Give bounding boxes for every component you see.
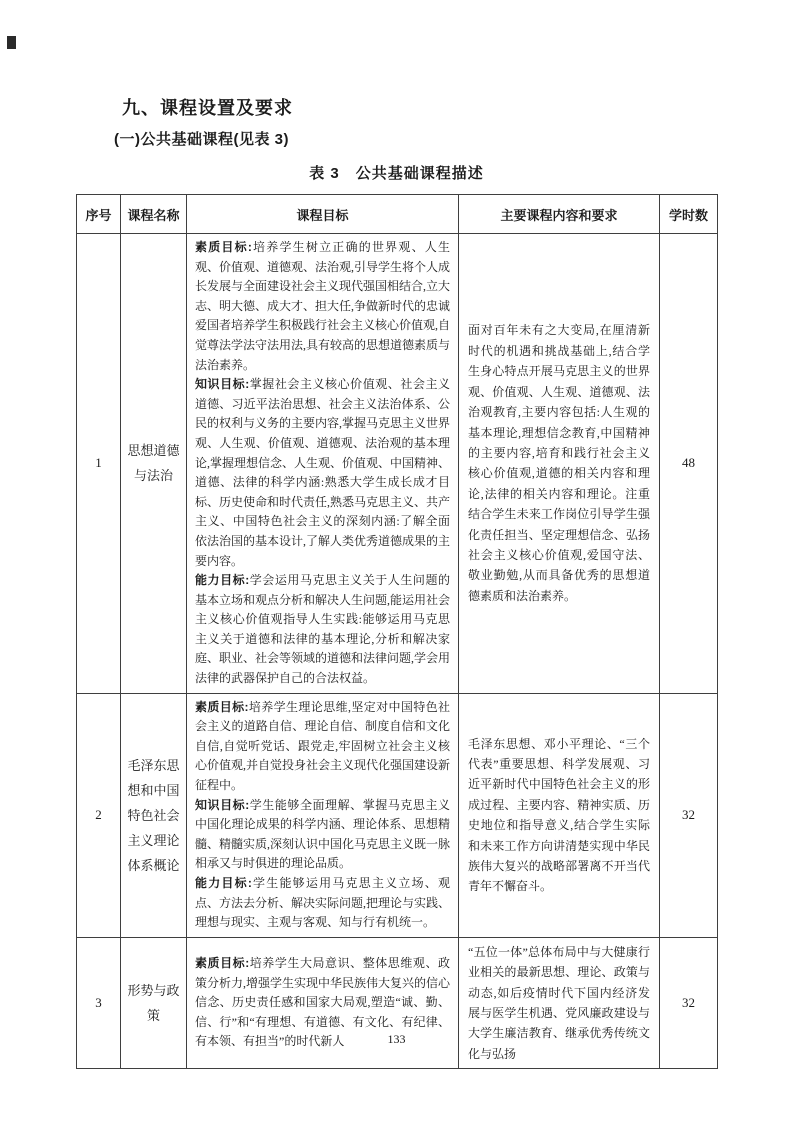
table-caption: 表 3 公共基础课程描述	[0, 162, 793, 183]
course-content: 面对百年未有之大变局,在厘清新时代的机遇和挑战基础上,结合学生身心特点开展马克思…	[459, 234, 660, 694]
objective-paragraph: 知识目标:学生能够全面理解、掌握马克思主义中国化理论成果的科学内涵、理论体系、思…	[195, 796, 450, 874]
course-hours: 32	[660, 693, 718, 937]
course-name: 形势与政策	[121, 937, 187, 1068]
objective-label: 素质目标:	[195, 956, 249, 970]
page-number: 133	[0, 1032, 793, 1047]
objective-label: 素质目标:	[195, 700, 249, 714]
objective-label: 能力目标:	[195, 573, 249, 587]
col-header-no: 序号	[77, 195, 121, 234]
objective-paragraph: 知识目标:掌握社会主义核心价值观、社会主义道德、习近平法治思想、社会主义法治体系…	[195, 375, 450, 571]
table-row: 2 毛泽东思想和中国特色社会主义理论体系概论 素质目标:培养学生理论思维,坚定对…	[77, 693, 718, 937]
table-row: 3 形势与政策 素质目标:培养学生大局意识、整体思维观、政策分析力,增强学生实现…	[77, 937, 718, 1068]
course-no: 1	[77, 234, 121, 694]
table-row: 1 思想道德与法治 素质目标:培养学生树立正确的世界观、人生观、价值观、道德观、…	[77, 234, 718, 694]
objective-paragraph: 能力目标:学会运用马克思主义关于人生问题的基本立场和观点分析和解决人生问题,能运…	[195, 571, 450, 689]
course-name: 毛泽东思想和中国特色社会主义理论体系概论	[121, 693, 187, 937]
courses-table: 序号 课程名称 课程目标 主要课程内容和要求 学时数 1 思想道德与法治 素质目…	[76, 194, 718, 1069]
course-name: 思想道德与法治	[121, 234, 187, 694]
col-header-content: 主要课程内容和要求	[459, 195, 660, 234]
objective-paragraph: 素质目标:培养学生理论思维,坚定对中国特色社会主义的道路自信、理论自信、制度自信…	[195, 698, 450, 796]
objective-label: 素质目标:	[195, 240, 252, 254]
col-header-course-name: 课程名称	[121, 195, 187, 234]
objective-label: 知识目标:	[195, 377, 249, 391]
objective-paragraph: 素质目标:培养学生树立正确的世界观、人生观、价值观、道德观、法治观,引导学生将个…	[195, 238, 450, 375]
course-objectives: 素质目标:培养学生理论思维,坚定对中国特色社会主义的道路自信、理论自信、制度自信…	[187, 693, 459, 937]
course-hours: 48	[660, 234, 718, 694]
course-objectives: 素质目标:培养学生大局意识、整体思维观、政策分析力,增强学生实现中华民族伟大复兴…	[187, 937, 459, 1068]
course-content: 毛泽东思想、邓小平理论、“三个代表”重要思想、科学发展观、习近平新时代中国特色社…	[459, 693, 660, 937]
course-content: “五位一体”总体布局中与大健康行业相关的最新思想、理论、政策与动态,如后疫情时代…	[459, 937, 660, 1068]
objective-label: 知识目标:	[195, 798, 249, 812]
objective-text: 培养学生树立正确的世界观、人生观、价值观、道德观、法治观,引导学生将个人成长发展…	[195, 240, 450, 372]
scan-artifact	[7, 36, 16, 49]
table-header-row: 序号 课程名称 课程目标 主要课程内容和要求 学时数	[77, 195, 718, 234]
section-subtitle: (一)公共基础课程(见表 3)	[114, 128, 793, 149]
page-title: 九、课程设置及要求	[122, 0, 793, 120]
document-page: 九、课程设置及要求 (一)公共基础课程(见表 3) 表 3 公共基础课程描述 序…	[0, 0, 793, 1122]
course-objectives: 素质目标:培养学生树立正确的世界观、人生观、价值观、道德观、法治观,引导学生将个…	[187, 234, 459, 694]
objective-paragraph: 能力目标:学生能够运用马克思主义立场、观点、方法去分析、解决实际问题,把理论与实…	[195, 874, 450, 933]
objective-text: 学会运用马克思主义关于人生问题的基本立场和观点分析和解决人生问题,能运用社会主义…	[195, 573, 450, 685]
col-header-hours: 学时数	[660, 195, 718, 234]
objective-label: 能力目标:	[195, 876, 252, 890]
course-no: 2	[77, 693, 121, 937]
course-no: 3	[77, 937, 121, 1068]
course-hours: 32	[660, 937, 718, 1068]
col-header-objectives: 课程目标	[187, 195, 459, 234]
objective-text: 掌握社会主义核心价值观、社会主义道德、习近平法治思想、社会主义法治体系、公民的权…	[195, 377, 450, 567]
